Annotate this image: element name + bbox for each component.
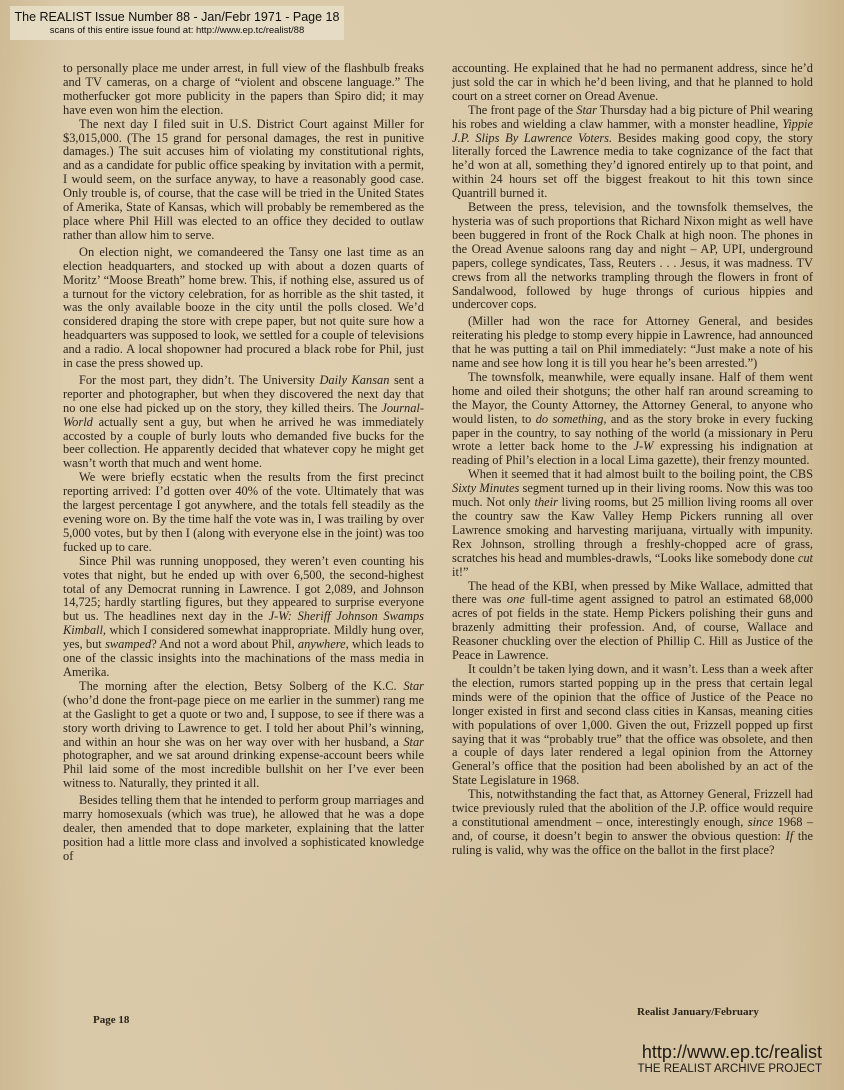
paragraph: When it seemed that it had almost built …	[452, 468, 813, 579]
paragraph: We were briefly ecstatic when the result…	[63, 471, 424, 554]
archive-project-name: THE REALIST ARCHIVE PROJECT	[638, 1062, 822, 1076]
archive-footer: http://www.ep.tc/realist THE REALIST ARC…	[638, 1042, 822, 1076]
paragraph: accounting. He explained that he had no …	[452, 62, 813, 104]
paragraph: The townsfolk, meanwhile, were equally i…	[452, 371, 813, 468]
running-footer: Realist January/February	[637, 1006, 759, 1018]
paragraph: Since Phil was running unopposed, they w…	[63, 555, 424, 680]
left-column: to personally place me under arrest, in …	[63, 62, 424, 864]
right-column: accounting. He explained that he had no …	[452, 62, 813, 858]
paragraph: On election night, we comandeered the Ta…	[63, 246, 424, 371]
archive-header: The REALIST Issue Number 88 - Jan/Febr 1…	[10, 6, 344, 40]
archive-subtitle: scans of this entire issue found at: htt…	[10, 25, 344, 37]
paragraph: (Miller had won the race for Attorney Ge…	[452, 315, 813, 371]
paragraph: to personally place me under arrest, in …	[63, 62, 424, 118]
paragraph: The head of the KBI, when pressed by Mik…	[452, 580, 813, 663]
paragraph: The front page of the Star Thursday had …	[452, 104, 813, 201]
paragraph: The next day I filed suit in U.S. Distri…	[63, 118, 424, 243]
paragraph: This, notwithstanding the fact that, as …	[452, 788, 813, 858]
page-number: Page 18	[93, 1014, 129, 1026]
paragraph: Besides telling them that he intended to…	[63, 794, 424, 864]
archive-title: The REALIST Issue Number 88 - Jan/Febr 1…	[10, 6, 344, 25]
paragraph: Between the press, television, and the t…	[452, 201, 813, 312]
paragraph: It couldn’t be taken lying down, and it …	[452, 663, 813, 788]
archive-url[interactable]: http://www.ep.tc/realist	[638, 1042, 822, 1062]
paragraph: The morning after the election, Betsy So…	[63, 680, 424, 791]
paragraph: For the most part, they didn’t. The Univ…	[63, 374, 424, 471]
